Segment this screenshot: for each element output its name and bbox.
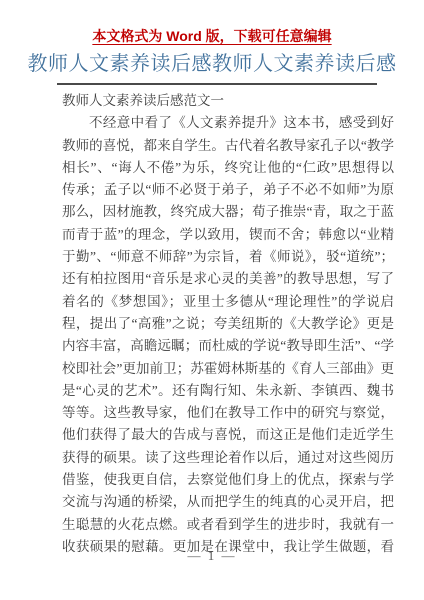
body-line: 相长”、“诲人不倦”为乐，终究让他的“仁政”思想得以 xyxy=(62,157,394,179)
body-line: 不经意中看了《人文素养提升》这本书，感受到好多 xyxy=(62,112,394,134)
body-line: 还有柏拉图用“音乐是求心灵的美善”的教导思想，写了 xyxy=(62,268,394,290)
body-line: 着名的《梦想国》；亚里士多德从“理论理性”的学说启 xyxy=(62,291,394,313)
body-line: 生聪慧的火花点燃。或者看到学生的进步时，我就有一种 xyxy=(62,514,394,536)
body-line: 而青于蓝”的理念，学以致用，锲而不舍；韩愈以“业精 xyxy=(62,224,394,246)
body-line: 他们获得了最大的告成与喜悦，而这正是他们走近学生所 xyxy=(62,424,394,446)
header-notice: 本文格式为 Word 版，下载可任意编辑 xyxy=(0,0,424,46)
body-line: 那么，因材施教，终究成大器；荀子推崇“青，取之于蓝 xyxy=(62,201,394,223)
body-line: 程，提出了“高雅”之说；夸美纽斯的《大教学论》更是 xyxy=(62,313,394,335)
body-line: 交流与沟通的桥梁，从而把学生的纯真的心灵开启，把学 xyxy=(62,491,394,513)
body-line: 教师的喜悦，都来自学生。古代着名教导家孔子以“教学 xyxy=(62,135,394,157)
body-line: 借鉴，使我更自信，去察觉他们身上的优点，探索与学生 xyxy=(62,469,394,491)
page-number: — 1 — xyxy=(0,548,424,564)
body-line: 等等。这些教导家，他们在教导工作中的研究与察觉，让 xyxy=(62,402,394,424)
body-line: 获得的硕果。读了这些理论着作以后，通过对这些阅历的 xyxy=(62,447,394,469)
body-line: 于勤”、“师意不师辞”为宗旨，着《师说》，驳“道统”； xyxy=(62,246,394,268)
body-line: 是“心灵的艺术”。还有陶行知、朱永新、李镇西、魏书生 xyxy=(62,380,394,402)
word-page: 本文格式为 Word 版，下载可任意编辑 教师人文素养读后感教师人文素养读后感 … xyxy=(0,0,424,600)
body-line: 校即社会”更加前卫；苏霍姆林斯基的《育人三部曲》更 xyxy=(62,358,394,380)
doc-title: 教师人文素养读后感教师人文素养读后感 xyxy=(0,51,424,78)
body-line: 教师人文素养读后感范文一 xyxy=(62,90,394,112)
document-body: 教师人文素养读后感范文一不经意中看了《人文素养提升》这本书，感受到好多教师的喜悦… xyxy=(0,85,424,558)
body-line: 内容丰富，高瞻远瞩；而杜威的学说“教导即生活”、“学 xyxy=(62,335,394,357)
body-line: 传承；孟子以“师不必贤于弟子，弟子不必不如师”为原 xyxy=(62,179,394,201)
